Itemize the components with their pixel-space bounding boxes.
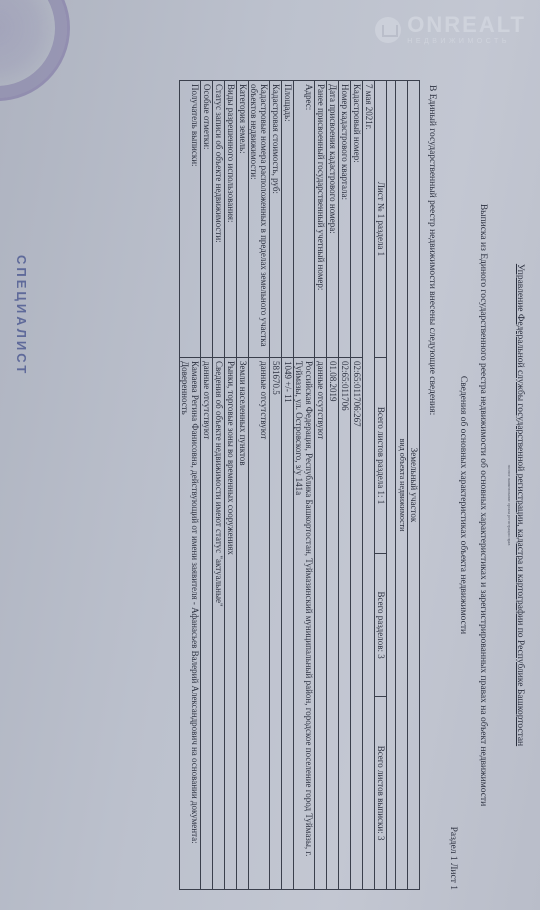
row-value: данные отсутствуют — [201, 358, 213, 890]
table-row: Виды разрешенного использования:Рынки, т… — [225, 81, 237, 890]
intro-text: В Единый государственный реестр недвижим… — [427, 85, 437, 415]
table-row: Кадастровые номера расположенных в преде… — [249, 81, 270, 890]
object-type: Земельный участок — [408, 81, 420, 890]
table-row: Адрес:Российская Федерация, Республика Б… — [294, 81, 315, 890]
table-row: Площадь:1049 +/- 11 — [282, 81, 294, 890]
watermark: ONREALT НЕДВИЖИМОСТЬ — [375, 14, 526, 45]
official-stamp — [0, 0, 70, 101]
document-title: Выписка из Единого государственного реес… — [478, 100, 488, 910]
sections-total: Всего разделов: 3 — [375, 554, 387, 697]
row-label: Статус записи об объекте недвижимости: — [213, 81, 225, 358]
specialist-stamp-text: СПЕЦИАЛИСТ — [14, 255, 29, 376]
row-value: Камаева Регина Фанисовна, действующий от… — [180, 358, 201, 890]
agency-caption: полное наименование органа регистрации п… — [507, 100, 512, 910]
extract-date: 7 мая 2021г. — [363, 81, 375, 890]
sheets-in-section: Всего листов раздела 1: 1 — [375, 358, 387, 554]
row-label: Площадь: — [282, 81, 294, 358]
sheets-total: Всего листов выписки: 3 — [375, 697, 387, 890]
table-row: Кадастровый номер:02:65:011706:267 — [351, 81, 363, 890]
watermark-subtitle: НЕДВИЖИМОСТЬ — [407, 38, 526, 45]
table-row: Дата присвоения кадастрового номера:01.0… — [327, 81, 339, 890]
table-row: Получатель выписки:Камаева Регина Фанисо… — [180, 81, 201, 890]
registry-table: Земельный участок вид объекта недвижимос… — [179, 80, 420, 890]
table-row: Статус записи об объекте недвижимости:Св… — [213, 81, 225, 890]
agency-name: Управление Федеральной службы государств… — [515, 100, 525, 910]
row-value: Рынки, торговые зоны во временных сооруж… — [225, 358, 237, 890]
row-label: Кадастровая стоимость, руб: — [270, 81, 282, 358]
row-value: данные отсутствуют — [249, 358, 270, 890]
row-value: данные отсутствуют — [315, 358, 327, 890]
row-label: Номер кадастрового квартала: — [339, 81, 351, 358]
row-label: Категория земель: — [237, 81, 249, 358]
row-value: Земли населенных пунктов — [237, 358, 249, 890]
row-value: 02:65:011706 — [339, 358, 351, 890]
sheet-number: Лист № 1 раздела 1 — [375, 81, 387, 358]
table-row: Особые отметки:данные отсутствуют — [201, 81, 213, 890]
watermark-brand: ONREALT — [407, 14, 526, 36]
row-value: Российская Федерация, Республика Башкорт… — [294, 358, 315, 890]
row-label: Получатель выписки: — [180, 81, 201, 358]
row-value: 02:65:011706:267 — [351, 358, 363, 890]
row-value: 01.08.2019 — [327, 358, 339, 890]
row-value: 1049 +/- 11 — [282, 358, 294, 890]
row-label: Особые отметки: — [201, 81, 213, 358]
table-row: Ранее присвоенный государственный учетны… — [315, 81, 327, 890]
row-label: Кадастровые номера расположенных в преде… — [249, 81, 270, 358]
row-value: Сведения об объекте недвижимости имеют с… — [213, 358, 225, 890]
row-label: Дата присвоения кадастрового номера: — [327, 81, 339, 358]
house-logo-icon — [375, 17, 401, 43]
table-row: Номер кадастрового квартала:02:65:011706 — [339, 81, 351, 890]
table-row: Категория земель:Земли населенных пункто… — [237, 81, 249, 890]
row-value: 581670.5 — [270, 358, 282, 890]
row-label: Адрес: — [294, 81, 315, 358]
row-label: Виды разрешенного использования: — [225, 81, 237, 358]
document-subtitle: Сведения об основных характеристиках объ… — [458, 100, 468, 910]
section-reference: Раздел 1 Лист 1 — [448, 827, 458, 890]
registry-extract-sheet: Управление Федеральной службы государств… — [0, 0, 540, 910]
row-label: Кадастровый номер: — [351, 81, 363, 358]
spacer-row — [387, 81, 396, 890]
table-row: Кадастровая стоимость, руб:581670.5 — [270, 81, 282, 890]
object-type-caption: вид объекта недвижимости — [396, 81, 408, 890]
row-label: Ранее присвоенный государственный учетны… — [315, 81, 327, 358]
